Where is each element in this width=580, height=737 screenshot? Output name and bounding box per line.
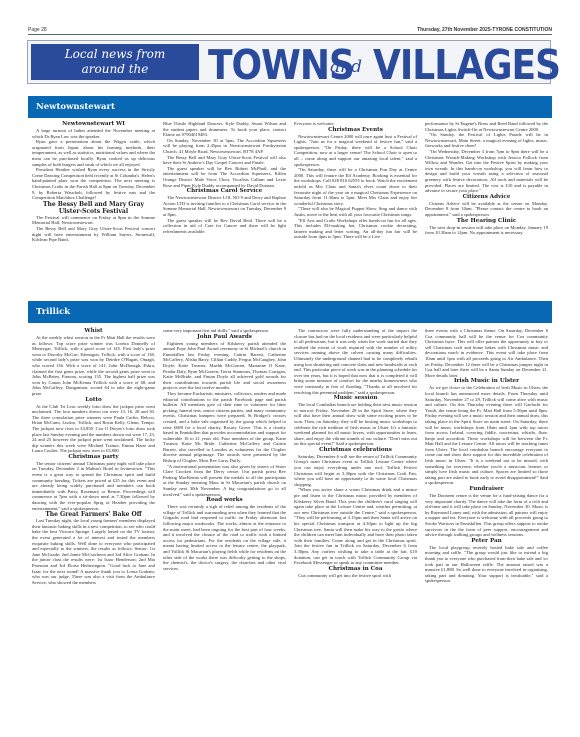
section-title-newtownstewart: Newtownstewart: [28, 96, 552, 118]
masthead-and: and: [330, 57, 362, 77]
article-paragraph: The local Comhaltas branch are holding t…: [294, 402, 417, 447]
page-header: Page 28 Thursday, 27th November 2025-TYR…: [28, 25, 552, 35]
article-paragraph: The senior citizens' annual Christmas pa…: [32, 461, 155, 511]
article-paragraph: The guest speaker will be Rev David Reid…: [163, 218, 286, 235]
article-headline: Fundraiser: [425, 486, 548, 493]
article-paragraph: The Bessy Bell and Mary Gray Ulster-Scot…: [32, 226, 155, 243]
article-paragraph: Saturday, December 6 will see the return…: [294, 454, 417, 488]
article-paragraph: They became Eucharistic ministers, colle…: [163, 391, 286, 464]
article-column: Everyone is welcome.Christmas EventsNewt…: [294, 121, 417, 296]
article-paragraph: Last Tuesday night, the local young farm…: [32, 518, 155, 585]
article-headline: Music session: [294, 395, 417, 402]
article-headline: The Hearing Clinic: [425, 218, 548, 225]
article-headline: Irish Music in Ulster: [425, 378, 548, 385]
article-paragraph: Blue Thistle Highland Dancers, Kyle Dudd…: [163, 121, 286, 138]
article-paragraph: The guest speaker will be Rev Robert McP…: [163, 166, 286, 188]
article-paragraph: Newtownstewart Centre 2000 will once aga…: [294, 134, 417, 168]
header-rule: [28, 34, 552, 35]
article-paragraph: At the Club Tri Leac weekly lotto draw t…: [32, 404, 155, 454]
article-paragraph: The next drop-in session will take place…: [425, 225, 548, 236]
article-column: three events with a Christmas theme. On …: [425, 328, 548, 728]
article-paragraph: A large turnout of ladies attended the N…: [32, 128, 155, 139]
dateline: Thursday, 27th November 2025-TYRONE CONS…: [417, 27, 552, 33]
article-headline: Whist: [32, 328, 155, 335]
article-headline: Christmas in Coa: [294, 566, 417, 573]
section-trillick-columns: WhistAt the weekly whist session in the …: [32, 328, 548, 728]
section-title-trillick: Trillick: [28, 301, 552, 323]
article-paragraph: The Festival will commence on Friday at …: [32, 215, 155, 226]
article-headline: Newtownstewart WI: [32, 121, 155, 128]
article-paragraph: President Heather wished Ryan every succ…: [32, 167, 155, 201]
masthead-villages: VILLAGES: [373, 42, 560, 89]
article-paragraph: performance by St Eugene's Brass and Ree…: [425, 121, 548, 132]
article-headline: Citizens Advice: [425, 194, 548, 201]
article-headline: Road works: [163, 497, 286, 504]
article-paragraph: The Dooneen centre is the venue for a fu…: [425, 493, 548, 538]
article-column: Blue Thistle Highland Dancers, Kyle Dudd…: [163, 121, 286, 296]
article-paragraph: "When you arrive share a warm Christmas …: [294, 487, 417, 565]
article-paragraph: "On Wednesday, December 3 from 7pm to 9p…: [425, 149, 548, 194]
article-paragraph: The local playgroup recently hosted bake…: [425, 545, 548, 584]
article-headline: The Great Farmers' Bake Off: [32, 511, 155, 518]
article-paragraph: "Elf Arts and Crafts Workshops offer han…: [294, 218, 417, 240]
article-paragraph: The Bessy Bell and Mary Gray Ulster-Scot…: [163, 155, 286, 166]
article-headline: Christmas Events: [294, 127, 417, 134]
article-paragraph: "On Saturday, there will be a Christmas …: [294, 167, 417, 206]
tagline-line-2: around the: [31, 62, 199, 77]
section-newtownstewart-columns: Newtownstewart WIA large turnout of ladi…: [32, 121, 548, 296]
article-column: performance by St Eugene's Brass and Ree…: [425, 121, 548, 296]
page-number: Page 28: [28, 27, 47, 33]
article-paragraph: At the weekly whist session in the Fr Ma…: [32, 335, 155, 397]
article-column: The contractors were fully understanding…: [294, 328, 417, 728]
article-headline: The Bessy Bell and Mary Gray Ulster-Scot…: [32, 201, 155, 215]
article-paragraph: some very important first aid skills," s…: [163, 328, 286, 334]
article-column: some very important first aid skills," s…: [163, 328, 286, 728]
article-column: WhistAt the weekly whist session in the …: [32, 328, 155, 728]
article-paragraph: Ryan gave a presentation about the Wagyu…: [32, 139, 155, 167]
article-headline: John Paul Awards: [163, 334, 286, 341]
article-paragraph: Coa community will get into the festive …: [294, 573, 417, 579]
article-paragraph: "There will also be Magical Puppet Show.…: [294, 206, 417, 217]
tagline-line-1: Local news from: [31, 47, 199, 62]
article-headline: Christmas party: [32, 454, 155, 461]
article-paragraph: The contractors were fully understanding…: [294, 328, 417, 395]
article-paragraph: On Sunday, November 30 at 3pm, The Accor…: [163, 138, 286, 155]
article-paragraph: Eighteen young members of Kilskerry pari…: [163, 341, 286, 391]
article-paragraph: As we get closer to the Celebration of I…: [425, 385, 548, 486]
article-paragraph: three events with a Christmas theme. On …: [425, 328, 548, 378]
article-paragraph: The Newtownstewart District LOL NO 9 and…: [163, 195, 286, 217]
article-headline: Lotto: [32, 397, 155, 404]
article-headline: Christmas Carol Service: [163, 188, 286, 195]
article-headline: Peter Pan: [425, 538, 548, 545]
article-paragraph: Citizens Advice will be available at the…: [425, 201, 548, 218]
article-paragraph: "On Sunday, the Festival of Lights Parad…: [425, 132, 548, 149]
article-paragraph: "A motivational presentation was also gi…: [163, 464, 286, 498]
article-paragraph: There was certainly a sigh of relief amo…: [163, 504, 286, 571]
masthead-tagline: Local news from around the: [31, 44, 199, 80]
article-column: Newtownstewart WIA large turnout of ladi…: [32, 121, 155, 296]
article-headline: Christmas celebrations: [294, 447, 417, 454]
masthead: Local news from around the TOWNS and VIL…: [27, 40, 551, 84]
